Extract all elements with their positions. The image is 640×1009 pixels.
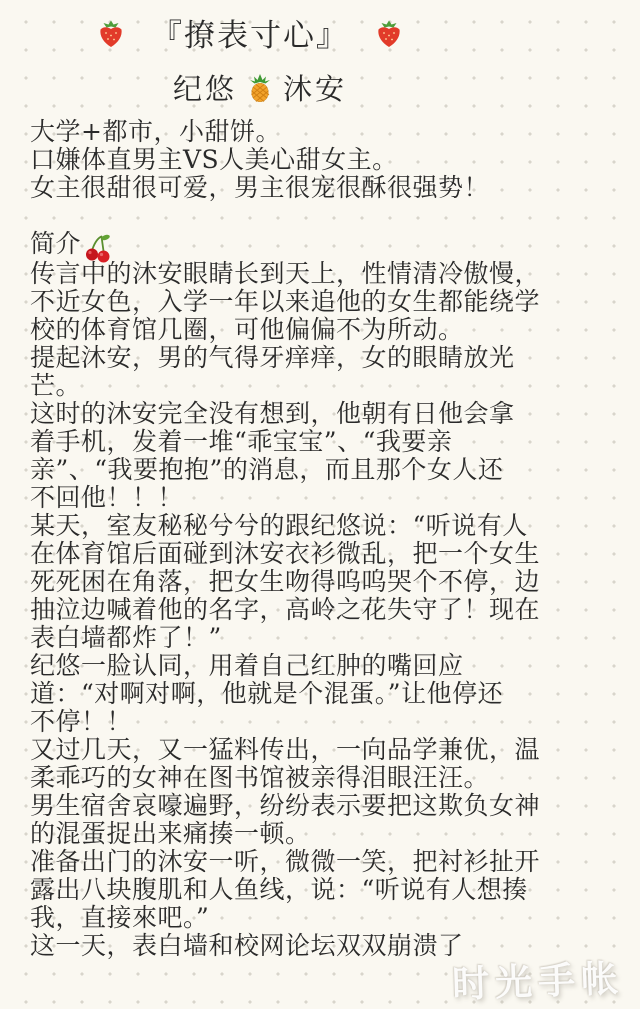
intro-label: 简介 [30, 230, 81, 258]
pineapple-icon [247, 73, 273, 103]
pairing-left-name: 纪悠 [173, 67, 237, 108]
story-line: 这一天，表白墙和校网论坛双双崩溃了 [30, 932, 620, 960]
story-line: 某天，室友秘秘兮兮的跟纪悠说：“听说有人 [30, 512, 620, 540]
story-line: 不回他！！！ [30, 484, 620, 512]
story-line: 着手机，发着一堆“乖宝宝”、“我要亲 [30, 428, 620, 456]
story-line: 我，直接來吧。” [30, 904, 620, 932]
story-line: 亲”、“我要抱抱”的消息，而且那个女人还 [30, 456, 620, 484]
story-line: 纪悠一脸认同，用着自己红肿的嘴回应 [30, 652, 620, 680]
pairing-right-name: 沐安 [283, 67, 347, 108]
intro-row: 简介 [30, 228, 620, 260]
story-line: 传言中的沐安眼睛长到天上，性情清冷傲慢， [30, 260, 620, 288]
pairing-row: 纪悠 沐安 [0, 67, 580, 108]
story-line: 这时的沐安完全没有想到，他朝有日他会拿 [30, 400, 620, 428]
strawberry-icon [373, 17, 405, 49]
story-line: 男生宿舍哀嚎遍野，纷纷表示要把这欺负女神 [30, 792, 620, 820]
story-line: 校的体育馆几圈，可他偏偏不为所动。 [30, 316, 620, 344]
story-line: 死死困在角落，把女生吻得呜呜哭个不停，边 [30, 568, 620, 596]
tag-line: 口嫌体直男主VS人美心甜女主。 [30, 146, 620, 174]
story-line: 柔乖巧的女神在图书馆被亲得泪眼汪汪。 [30, 764, 620, 792]
story-line: 抽泣边喊着他的名字，高岭之花失守了！现在 [30, 596, 620, 624]
story-line: 不停！！ [30, 708, 620, 736]
story-line: 不近女色，入学一年以来追他的女生都能绕学 [30, 288, 620, 316]
tag-line: 女主很甜很可爱，男主很宠很酥很强势！ [30, 174, 620, 202]
title-row: 『撩表寸心』 [0, 0, 570, 55]
story-line: 又过几天，又一猛料传出，一向品学兼优，温 [30, 736, 620, 764]
story-line: 准备出门的沐安一听，微微一笑，把衬衫扯开 [30, 848, 620, 876]
story-line: 露出八块腹肌和人鱼线，说：“听说有人想揍 [30, 876, 620, 904]
story-line: 道：“对啊对啊，他就是个混蛋。”让他停还 [30, 680, 620, 708]
story-line: 表白墙都炸了！” [30, 624, 620, 652]
cherries-icon [83, 232, 113, 264]
page-title: 『撩表寸心』 [151, 10, 349, 55]
story-block: 传言中的沐安眼睛长到天上，性情清冷傲慢，不近女色，入学一年以来追他的女生都能绕学… [30, 260, 620, 960]
tags-block: 大学+都市，小甜饼。口嫌体直男主VS人美心甜女主。女主很甜很可爱，男主很宠很酥很… [30, 118, 620, 202]
note-page: 『撩表寸心』 纪悠 沐安 大学+都市，小 [0, 0, 640, 1009]
body-block: 大学+都市，小甜饼。口嫌体直男主VS人美心甜女主。女主很甜很可爱，男主很宠很酥很… [0, 108, 640, 960]
story-line: 芒。 [30, 372, 620, 400]
story-line: 提起沐安，男的气得牙痒痒，女的眼睛放光 [30, 344, 620, 372]
story-line: 在体育馆后面碰到沐安衣衫微乱，把一个女生 [30, 540, 620, 568]
story-line: 的混蛋捉出来痛揍一顿。 [30, 820, 620, 848]
strawberry-icon [95, 17, 127, 49]
tag-line: 大学+都市，小甜饼。 [30, 118, 620, 146]
